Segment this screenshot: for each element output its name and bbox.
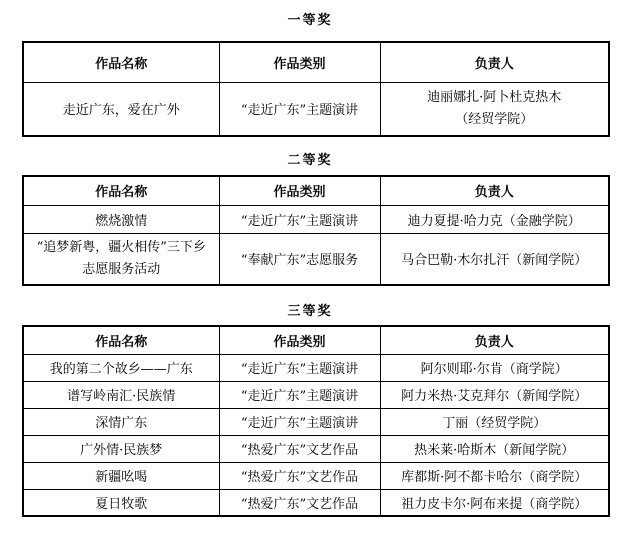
work-category-cell: “奉献广东”志愿服务 xyxy=(219,233,380,285)
table-row: 广外情·民族梦 “热爱广东”文艺作品 热米莱·哈斯木（新闻学院） xyxy=(23,435,609,462)
work-category-cell: “走近广东”主题演讲 xyxy=(219,354,380,381)
leader-cell: 马合巴勒·木尔扎汗（新闻学院） xyxy=(380,233,609,285)
header-work-name: 作品名称 xyxy=(23,326,219,354)
work-name-cell: 我的第二个故乡——广东 xyxy=(23,354,219,381)
leader-cell: 库都斯·阿不都卡哈尔（商学院） xyxy=(380,462,609,489)
table-header-row: 作品名称 作品类别 负责人 xyxy=(23,326,609,354)
first-prize-table: 作品名称 作品类别 负责人 走近广东，爱在广外 “走近广东”主题演讲 迪丽娜扎·… xyxy=(22,41,610,137)
header-work-name: 作品名称 xyxy=(23,42,219,82)
header-work-category: 作品类别 xyxy=(219,176,380,205)
work-category-cell: “走近广东”主题演讲 xyxy=(219,82,380,136)
header-leader: 负责人 xyxy=(380,326,609,354)
leader-cell: 迪丽娜扎·阿卜杜克热木 （经贸学院） xyxy=(380,82,609,136)
work-name-cell: 深情广东 xyxy=(23,408,219,435)
table-header-row: 作品名称 作品类别 负责人 xyxy=(23,42,609,82)
second-prize-table: 作品名称 作品类别 负责人 燃烧激情 “走近广东”主题演讲 迪力夏提·哈力克（金… xyxy=(22,175,610,286)
header-work-category: 作品类别 xyxy=(219,42,380,82)
header-leader: 负责人 xyxy=(380,176,609,205)
leader-name: 迪丽娜扎·阿卜杜克热木 xyxy=(383,87,607,109)
work-category-cell: “走近广东”主题演讲 xyxy=(219,408,380,435)
table-header-row: 作品名称 作品类别 负责人 xyxy=(23,176,609,205)
header-leader: 负责人 xyxy=(380,42,609,82)
leader-cell: 丁丽（经贸学院） xyxy=(380,408,609,435)
work-category-cell: “走近广东”主题演讲 xyxy=(219,205,380,233)
work-name-line-1: “追梦新粤，疆火相传”三下乡 xyxy=(26,237,217,259)
table-row: 谱写岭南汇·民族情 “走近广东”主题演讲 阿力米热·艾克拜尔（新闻学院） xyxy=(23,381,609,408)
work-name-cell: “追梦新粤，疆火相传”三下乡 志愿服务活动 xyxy=(23,233,219,285)
table-row: “追梦新粤，疆火相传”三下乡 志愿服务活动 “奉献广东”志愿服务 马合巴勒·木尔… xyxy=(23,233,609,285)
work-name-cell: 谱写岭南汇·民族情 xyxy=(23,381,219,408)
section-title-third-prize: 三等奖 xyxy=(0,305,620,319)
work-name-cell: 夏日牧歌 xyxy=(23,489,219,516)
work-name-line-2: 志愿服务活动 xyxy=(26,259,217,281)
work-category-cell: “热爱广东”文艺作品 xyxy=(219,489,380,516)
leader-cell: 祖力皮卡尔·阿布来提（商学院） xyxy=(380,489,609,516)
work-category-cell: “热爱广东”文艺作品 xyxy=(219,435,380,462)
table-row: 燃烧激情 “走近广东”主题演讲 迪力夏提·哈力克（金融学院） xyxy=(23,205,609,233)
work-name-cell: 广外情·民族梦 xyxy=(23,435,219,462)
leader-cell: 迪力夏提·哈力克（金融学院） xyxy=(380,205,609,233)
table-row: 我的第二个故乡——广东 “走近广东”主题演讲 阿尔则耶·尔肯（商学院） xyxy=(23,354,609,381)
work-name-cell: 新疆吆喝 xyxy=(23,462,219,489)
header-work-name: 作品名称 xyxy=(23,176,219,205)
work-category-cell: “热爱广东”文艺作品 xyxy=(219,462,380,489)
leader-college: （经贸学院） xyxy=(383,109,607,131)
table-row: 走近广东，爱在广外 “走近广东”主题演讲 迪丽娜扎·阿卜杜克热木 （经贸学院） xyxy=(23,82,609,136)
work-name-cell: 走近广东，爱在广外 xyxy=(23,82,219,136)
third-prize-table: 作品名称 作品类别 负责人 我的第二个故乡——广东 “走近广东”主题演讲 阿尔则… xyxy=(22,325,610,517)
work-name-cell: 燃烧激情 xyxy=(23,205,219,233)
table-row: 夏日牧歌 “热爱广东”文艺作品 祖力皮卡尔·阿布来提（商学院） xyxy=(23,489,609,516)
header-work-category: 作品类别 xyxy=(219,326,380,354)
section-title-second-prize: 二等奖 xyxy=(0,154,620,168)
table-row: 新疆吆喝 “热爱广东”文艺作品 库都斯·阿不都卡哈尔（商学院） xyxy=(23,462,609,489)
work-category-cell: “走近广东”主题演讲 xyxy=(219,381,380,408)
table-row: 深情广东 “走近广东”主题演讲 丁丽（经贸学院） xyxy=(23,408,609,435)
leader-cell: 阿力米热·艾克拜尔（新闻学院） xyxy=(380,381,609,408)
section-title-first-prize: 一等奖 xyxy=(0,14,620,28)
leader-cell: 阿尔则耶·尔肯（商学院） xyxy=(380,354,609,381)
leader-cell: 热米莱·哈斯木（新闻学院） xyxy=(380,435,609,462)
